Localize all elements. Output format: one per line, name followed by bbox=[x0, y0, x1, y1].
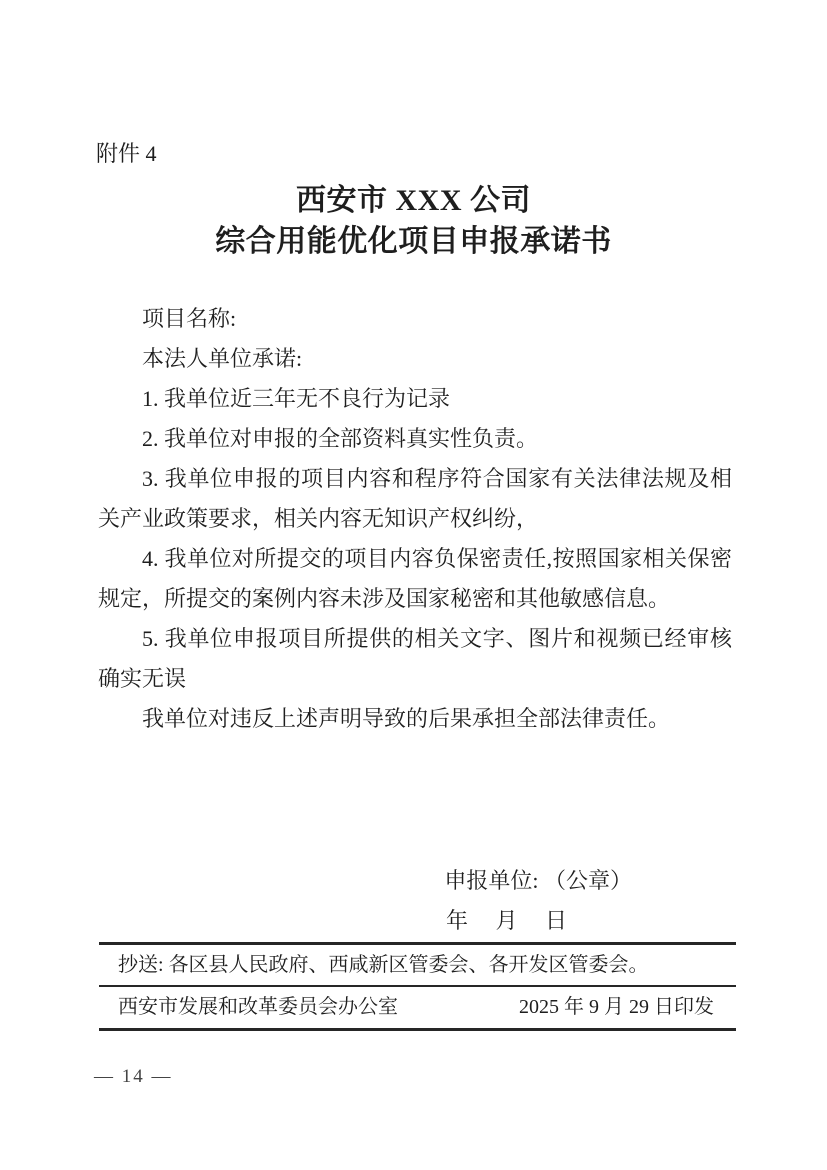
document-body: 项目名称: 本法人单位承诺: 1. 我单位近三年无不良行为记录 2. 我单位对申… bbox=[98, 299, 732, 739]
title-line-company: 西安市 XXX 公司 bbox=[0, 180, 827, 221]
commitment-item-4: 4. 我单位对所提交的项目内容负保密责任,按照国家相关保密规定，所提交的案例内容… bbox=[98, 539, 732, 619]
document-page: 附件 4 西安市 XXX 公司 综合用能优化项目申报承诺书 项目名称: 本法人单… bbox=[0, 0, 827, 1170]
document-title: 西安市 XXX 公司 综合用能优化项目申报承诺书 bbox=[0, 180, 827, 262]
attachment-label: 附件 4 bbox=[96, 141, 157, 167]
signature-date-label: 年 月 日 bbox=[0, 907, 567, 935]
signature-unit-label: 申报单位: （公章） bbox=[0, 867, 632, 895]
commitment-intro: 本法人单位承诺: bbox=[98, 339, 732, 379]
document-footer: 抄送: 各区县人民政府、西咸新区管委会、各开发区管委会。 西安市发展和改革委员会… bbox=[99, 942, 736, 1031]
title-line-subject: 综合用能优化项目申报承诺书 bbox=[0, 221, 827, 262]
issuer-row: 西安市发展和改革委员会办公室 2025 年 9 月 29 日印发 bbox=[99, 987, 736, 1031]
print-date: 2025 年 9 月 29 日印发 bbox=[519, 994, 714, 1020]
issuer-office: 西安市发展和改革委员会办公室 bbox=[118, 994, 398, 1020]
commitment-item-2: 2. 我单位对申报的全部资料真实性负责。 bbox=[98, 419, 732, 459]
cc-line: 抄送: 各区县人民政府、西咸新区管委会、各开发区管委会。 bbox=[99, 945, 736, 987]
commitment-item-3: 3. 我单位申报的项目内容和程序符合国家有关法律法规及相关产业政策要求，相关内容… bbox=[98, 459, 732, 539]
closing-statement: 我单位对违反上述声明导致的后果承担全部法律责任。 bbox=[98, 699, 732, 739]
project-name-label: 项目名称: bbox=[98, 299, 732, 339]
commitment-item-5: 5. 我单位申报项目所提供的相关文字、图片和视频已经审核确实无误 bbox=[98, 619, 732, 699]
commitment-item-1: 1. 我单位近三年无不良行为记录 bbox=[98, 379, 732, 419]
page-number: — 14 — bbox=[94, 1066, 173, 1088]
